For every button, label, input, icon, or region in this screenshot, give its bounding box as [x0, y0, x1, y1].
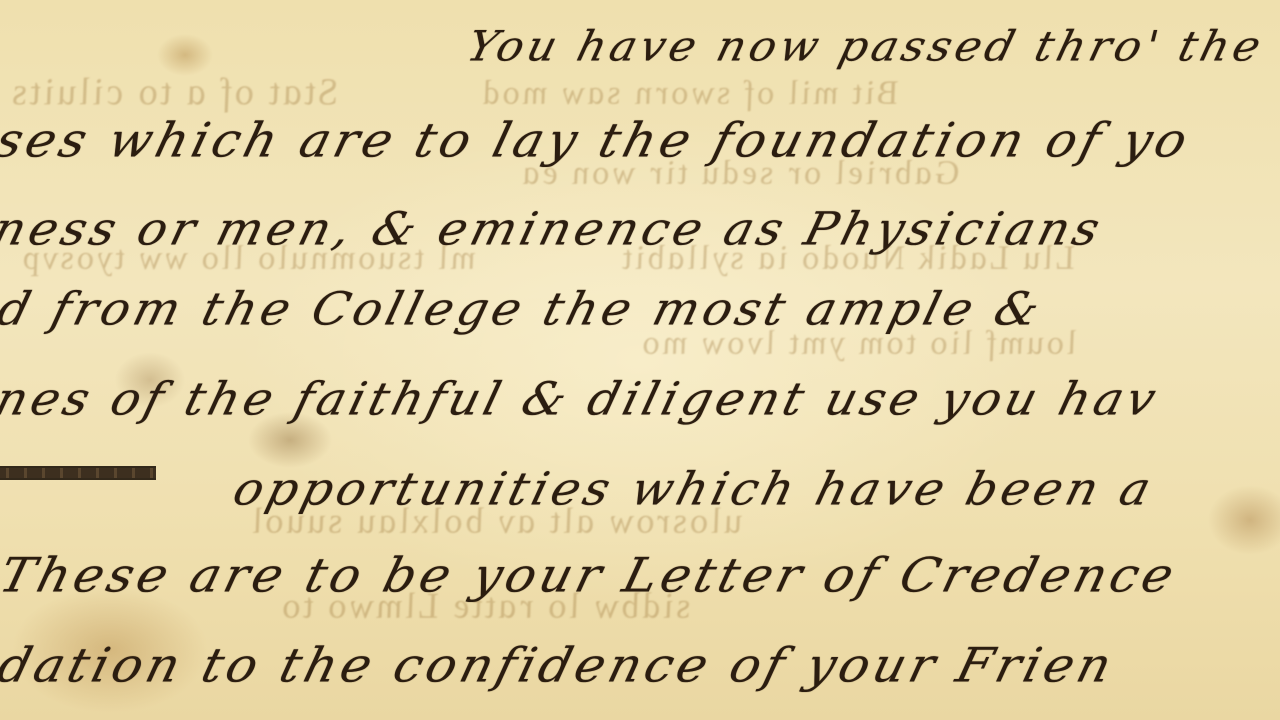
bleed-through-text: Stat of a to ciluits	[5, 70, 342, 114]
manuscript-line-2: ses which are to lay the foundation of y…	[0, 113, 1197, 168]
manuscript-line-5: nes of the faithful & diligent use you h…	[0, 373, 1165, 426]
manuscript-line-4: d from the College the most ample &	[0, 283, 1049, 336]
manuscript-line-3: ness or men, & eminence as Physicians	[0, 203, 1109, 256]
manuscript-line-6: opportunities which have been a	[228, 463, 1160, 516]
manuscript-line-1: You have now passed thro' the	[462, 23, 1269, 71]
manuscript-line-7: These are to be your Letter of Credence	[0, 548, 1183, 603]
bleed-through-text: Bit mil of sworn saw mod	[476, 75, 903, 113]
margin-rule-mark	[0, 466, 156, 480]
manuscript-line-8: dation to the confidence of your Frien	[0, 638, 1121, 693]
